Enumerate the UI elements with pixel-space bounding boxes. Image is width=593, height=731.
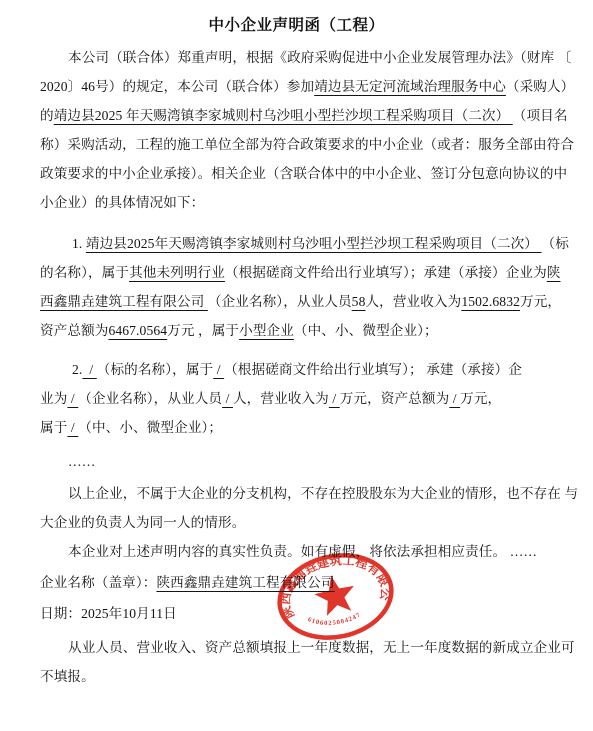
text-segment: 2020〕46号）的规定，本公司（联合体）参加 [40, 79, 314, 94]
text-segment: 万元 ，属于 [167, 323, 239, 338]
text-segment: 资产总额为 [40, 323, 108, 338]
document-title: 中小企业声明函（工程） [0, 0, 593, 37]
text-line: 小企业）的具体情况如下： [40, 188, 557, 217]
text-segment: 1. [72, 236, 86, 251]
text-segment: 人，营业收入为 [365, 294, 461, 309]
text-line: 2. / （标的名称），属于 / （根据磋商文件给出行业填写）； 承建（承接）企 [40, 355, 557, 384]
text-segment: （根据磋商文件给出行业填写）； 承建（承接）企 [224, 362, 522, 377]
text-line: 业为 / （企业名称），从业人员 / 人，营业收入为 / 万元，资产总额为 / … [40, 384, 557, 413]
text-line: 的靖边县2025 年天赐湾镇李家城则村乌沙咀小型拦沙坝工程采购项目（二次） （项… [40, 101, 557, 130]
text-segment: 从业人员、营业收入、资产总额填报上一年度数据，无上一年度数据的新成立企业可 [68, 640, 575, 655]
text-line: 属于 / （中、小、微型企业）； [40, 413, 557, 442]
text-segment: （企业名称），从业人员 [208, 294, 352, 309]
text-line: 大企业的负责人为同一人的情形。 [40, 508, 557, 537]
text-segment: 不填报。 [40, 669, 95, 684]
text-segment: （标 [542, 236, 569, 251]
text-segment: 政策要求的中小企业承接）。相关企业（含联合体中的中小企业、签订分包意向协议的中 [40, 166, 567, 181]
text-line: 2020〕46号）的规定，本公司（联合体）参加靖边县无定河流域治理服务中心（采购… [40, 72, 557, 101]
underlined-field: 靖边县无定河流域治理服务中心 [314, 79, 506, 94]
underlined-field: / [449, 391, 460, 406]
text-line: …… [40, 447, 557, 476]
text-line: 日期：2025年10月11日 [40, 599, 557, 628]
document-body: 本公司（联合体）郑重声明，根据《政府采购促进中小企业发展管理办法》（财库 〔20… [40, 43, 557, 691]
text-segment: 万元， [520, 294, 561, 309]
text-segment: 属于 [40, 420, 67, 435]
underlined-field: / [82, 362, 96, 377]
underlined-field: 1502.6832 [461, 294, 520, 309]
text-segment: 本企业对上述声明内容的真实性负责。如有虚假，将依法承担相应责任。 …… [68, 544, 537, 559]
text-segment: 大企业的负责人为同一人的情形。 [40, 515, 245, 530]
text-segment: （中、小、微型企业）； [294, 323, 438, 338]
underlined-field: 陕 [547, 265, 561, 280]
text-segment: 的 [40, 108, 54, 123]
text-segment: …… [68, 454, 95, 469]
text-segment: 企业名称（盖章）： [40, 575, 156, 590]
underlined-field: / [67, 391, 78, 406]
underlined-field: 其他未列明行业 [129, 265, 225, 280]
text-line: 称）采购活动，工程的施工单位全部为符合政策要求的中小企业（或者：服务全部由符合 [40, 130, 557, 159]
underlined-field: 陕西鑫鼎垚建筑工程有限公司 [156, 575, 334, 590]
text-line: 本公司（联合体）郑重声明，根据《政府采购促进中小企业发展管理办法》（财库 〔 [40, 43, 557, 72]
text-line: 西鑫鼎垚建筑工程有限公司 （企业名称），从业人员58人，营业收入为1502.68… [40, 287, 557, 316]
underlined-field: / [222, 391, 233, 406]
text-line: 从业人员、营业收入、资产总额填报上一年度数据，无上一年度数据的新成立企业可 [40, 633, 557, 662]
text-line: 资产总额为6467.0564万元 ，属于小型企业（中、小、微型企业）； [40, 316, 557, 345]
text-segment: 业为 [40, 391, 67, 406]
text-segment: 万元， [460, 391, 501, 406]
text-line: 以上企业，不属于大企业的分支机构，不存在控股股东为大企业的情形，也不存在 与 [40, 479, 557, 508]
text-line: 政策要求的中小企业承接）。相关企业（含联合体中的中小企业、签订分包意向协议的中 [40, 159, 557, 188]
text-segment: 以上企业，不属于大企业的分支机构，不存在控股股东为大企业的情形，也不存在 与 [68, 486, 578, 501]
underlined-field: 58 [352, 294, 366, 309]
text-segment: 日期：2025年10月11日 [40, 606, 177, 621]
underlined-field: 小型企业 [239, 323, 294, 338]
underlined-field: 靖边县2025 年天赐湾镇李家城则村乌沙咀小型拦沙坝工程采购项目（二次） [54, 108, 513, 123]
text-line: 不填报。 [40, 662, 557, 691]
text-line: 企业名称（盖章）：陕西鑫鼎垚建筑工程有限公司 [40, 568, 557, 597]
text-segment: 称）采购活动，工程的施工单位全部为符合政策要求的中小企业（或者：服务全部由符合 [40, 137, 574, 152]
text-segment: （采购人） [506, 79, 574, 94]
text-segment: 人，营业收入为 [233, 391, 329, 406]
underlined-field: / [67, 420, 78, 435]
text-segment: （中、小、微型企业）； [78, 420, 222, 435]
text-line: 的名称），属于其他未列明行业（根据磋商文件给出行业填写）；承建（承接）企业为陕 [40, 258, 557, 287]
text-segment: （企业名称），从业人员 [78, 391, 222, 406]
text-segment: 小企业）的具体情况如下： [40, 195, 204, 210]
text-segment: 2. [72, 362, 82, 377]
text-segment: （根据磋商文件给出行业填写）；承建（承接）企业为 [225, 265, 547, 280]
underlined-field: 6467.0564 [108, 323, 167, 338]
text-line: 1. 靖边县2025年天赐湾镇李家城则村乌沙咀小型拦沙坝工程采购项目（二次） （… [40, 229, 557, 258]
underlined-field: / [329, 391, 340, 406]
text-segment: （标的名称），属于 [97, 362, 213, 377]
underlined-field: 西鑫鼎垚建筑工程有限公司 [40, 294, 208, 309]
text-segment: 本公司（联合体）郑重声明，根据《政府采购促进中小企业发展管理办法》（财库 〔 [68, 50, 571, 65]
document-page: 中小企业声明函（工程） 本公司（联合体）郑重声明，根据《政府采购促进中小企业发展… [0, 0, 593, 731]
underlined-field: 靖边县2025年天赐湾镇李家城则村乌沙咀小型拦沙坝工程采购项目（二次） [86, 236, 542, 251]
text-line: 本企业对上述声明内容的真实性负责。如有虚假，将依法承担相应责任。 …… [40, 537, 557, 566]
underlined-field: / [213, 362, 224, 377]
text-segment: 的名称），属于 [40, 265, 129, 280]
text-segment: 万元，资产总额为 [340, 391, 450, 406]
text-segment: （项目名 [513, 108, 568, 123]
